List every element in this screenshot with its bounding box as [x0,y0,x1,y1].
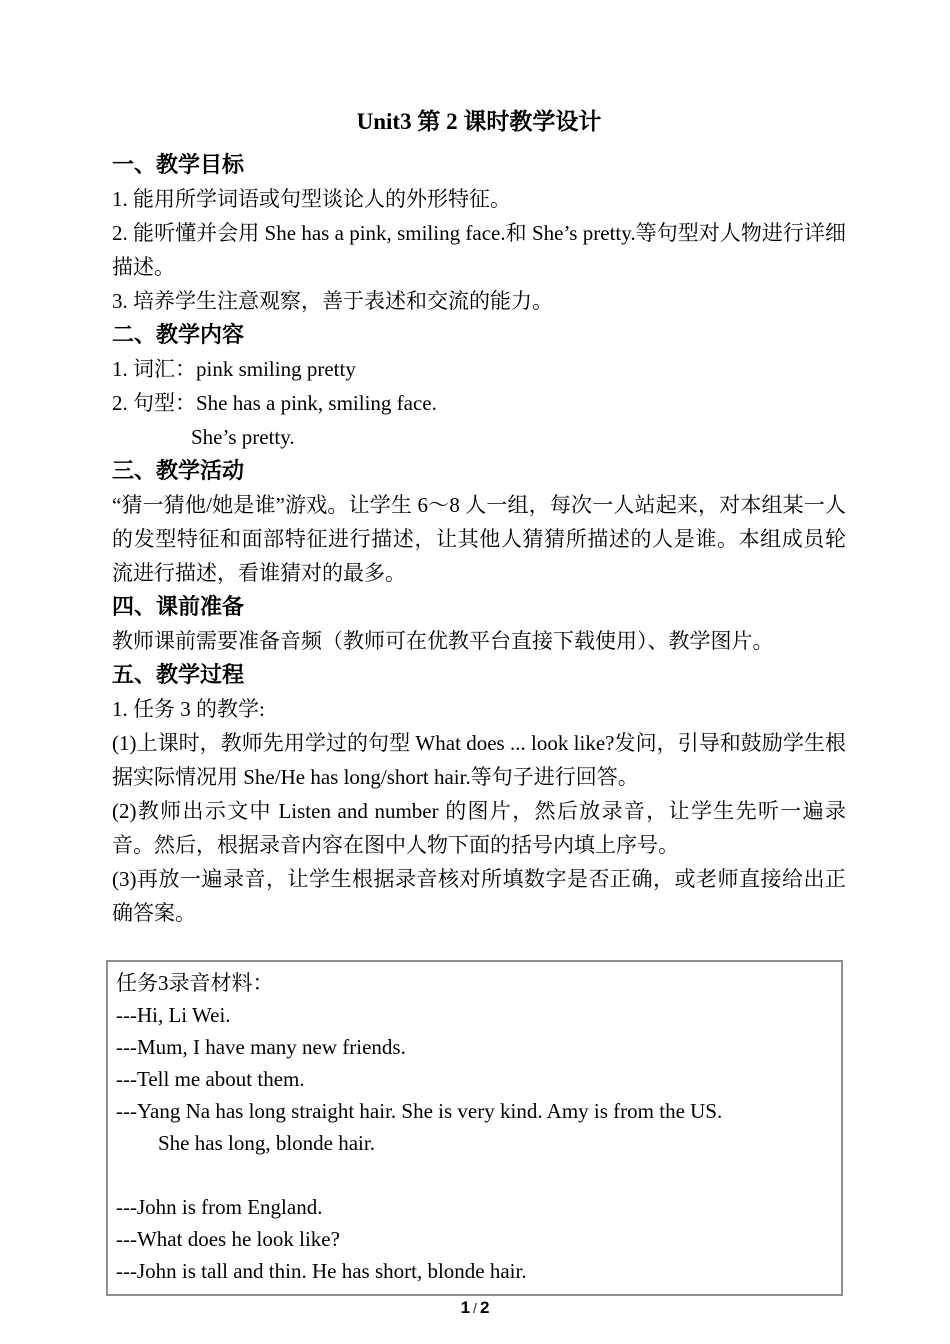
process-step-1: (1)上课时，教师先用学过的句型 What does ... look like… [112,726,846,794]
transcript-line: ---What does he look like? [116,1223,831,1255]
preparation-paragraph: 教师课前需要准备音频（教师可在优教平台直接下载使用）、教学图片。 [112,624,846,658]
page-number-separator: / [470,1300,480,1316]
transcript-line: ---Yang Na has long straight hair. She i… [116,1095,831,1127]
total-pages-number: 2 [480,1298,489,1317]
section-heading-teaching-process: 五、教学过程 [112,658,846,692]
content-item-sentence-pattern: 2. 句型：She has a pink, smiling face. [112,386,846,420]
document-page: Unit3 第 2 课时教学设计 一、教学目标 1. 能用所学词语或句型谈论人的… [0,0,950,1344]
objective-item-1: 1. 能用所学词语或句型谈论人的外形特征。 [112,182,846,216]
transcript-line: ---John is tall and thin. He has short, … [116,1255,831,1287]
activities-paragraph: “猜一猜他/她是谁”游戏。让学生 6～8 人一组，每次一人站起来，对本组某一人的… [112,488,846,590]
transcript-line: ---John is from England. [116,1191,831,1223]
section-heading-pre-class-preparation: 四、课前准备 [112,590,846,624]
document-title: Unit3 第 2 课时教学设计 [112,106,846,138]
objective-item-2: 2. 能听懂并会用 She has a pink, smiling face.和… [112,216,846,284]
transcript-blank-line [116,1159,831,1191]
transcript-line: ---Hi, Li Wei. [116,999,831,1031]
transcript-line: ---Tell me about them. [116,1063,831,1095]
current-page-number: 1 [461,1298,470,1317]
transcript-line: ---Mum, I have many new friends. [116,1031,831,1063]
process-step-3: (3)再放一遍录音，让学生根据录音核对所填数字是否正确，或老师直接给出正确答案。 [112,862,846,930]
transcript-line-continued: She has long, blonde hair. [116,1127,831,1159]
section-heading-teaching-activities: 三、教学活动 [112,454,846,488]
objective-item-3: 3. 培养学生注意观察，善于表述和交流的能力。 [112,284,846,318]
process-task3-label: 1. 任务 3 的教学: [112,692,846,726]
page-number-footer: 1/2 [0,1298,950,1318]
process-step-2: (2)教师出示文中 Listen and number 的图片，然后放录音，让学… [112,794,846,862]
section-heading-teaching-objectives: 一、教学目标 [112,148,846,182]
transcript-box: 任务3录音材料： ---Hi, Li Wei. ---Mum, I have m… [106,960,843,1296]
transcript-title: 任务3录音材料： [116,967,831,999]
section-heading-teaching-content: 二、教学内容 [112,318,846,352]
content-item-sentence-pattern-continued: She’s pretty. [112,420,846,454]
content-item-vocabulary: 1. 词汇：pink smiling pretty [112,352,846,386]
